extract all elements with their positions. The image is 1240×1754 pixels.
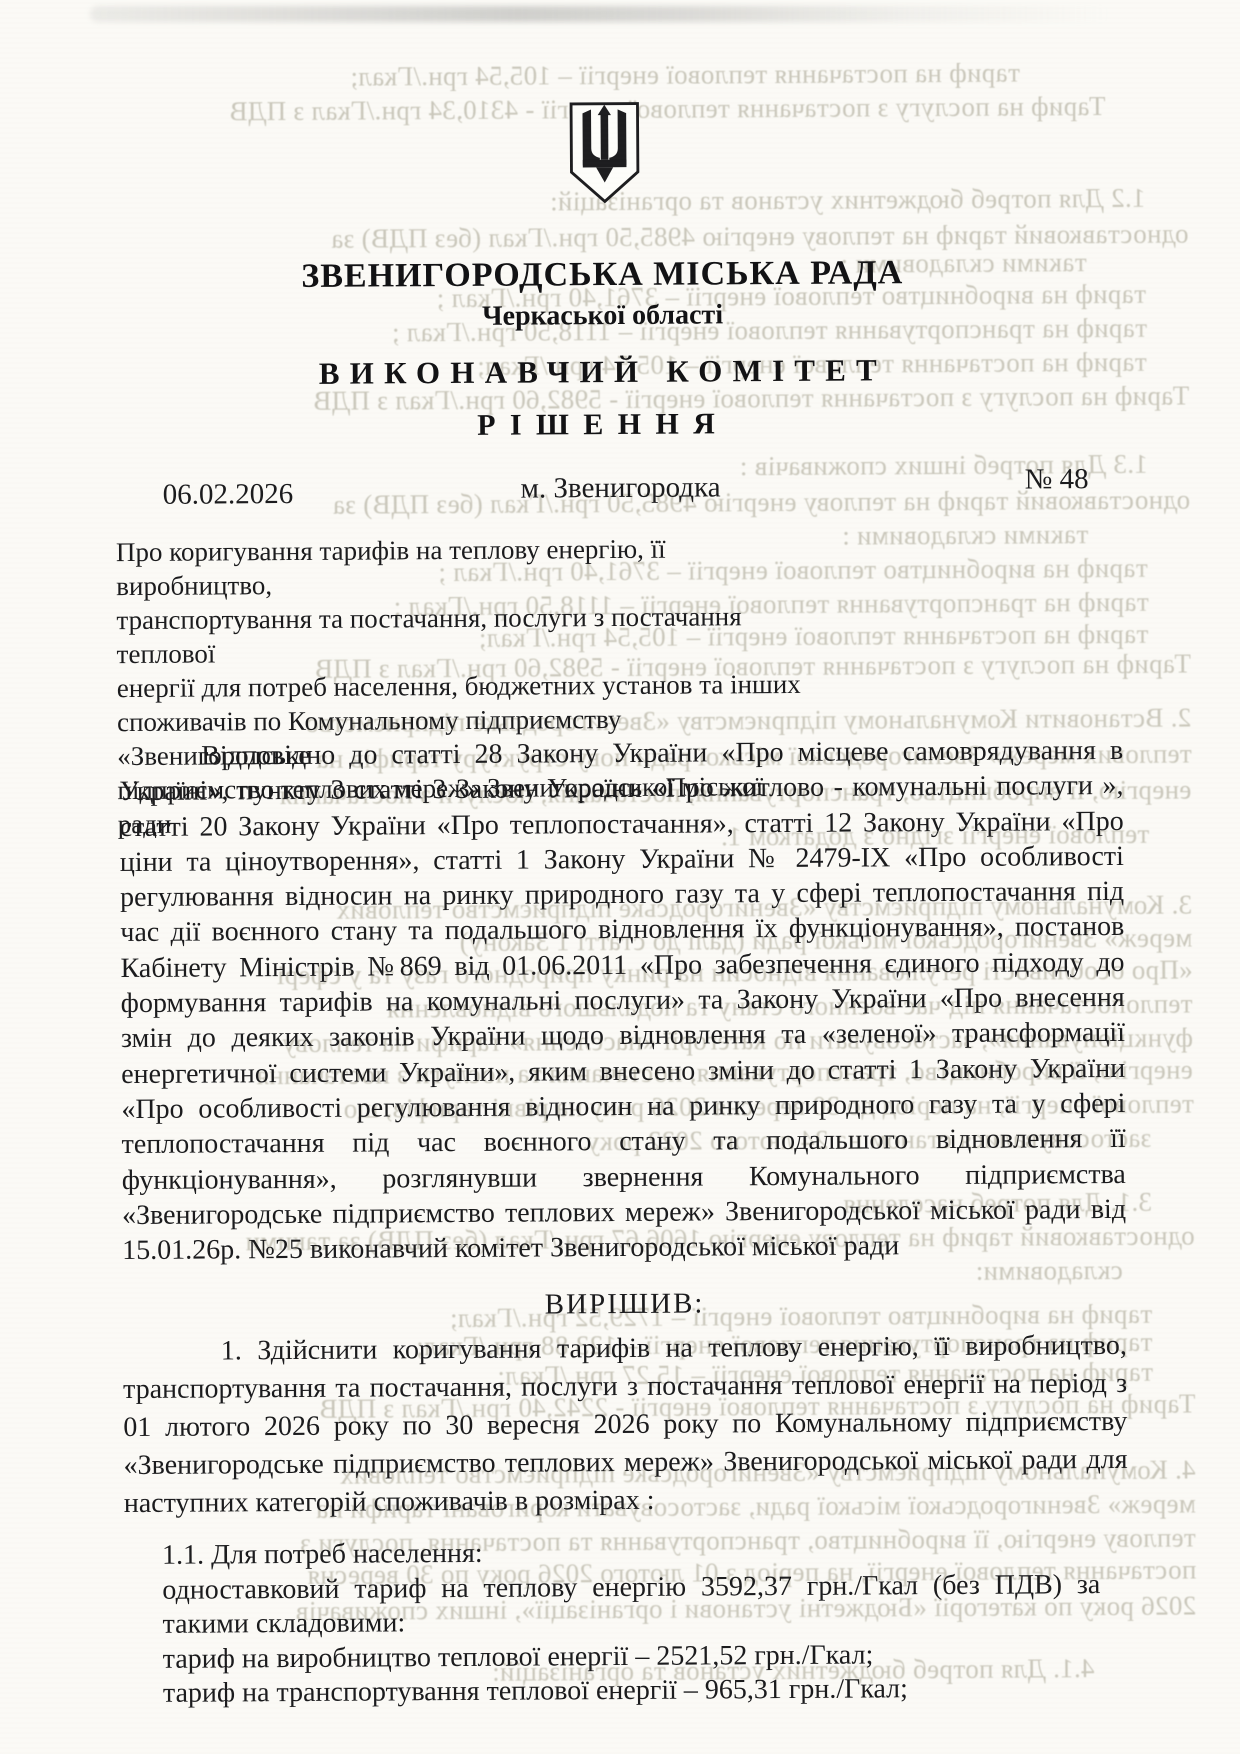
- document-type-heading: РІШЕННЯ: [0, 404, 1209, 445]
- section-1-1: 1.1. Для потреб населення: одноставковий…: [162, 1533, 1101, 1711]
- decision-date: 06.02.2026: [163, 478, 294, 512]
- item-1-paragraph: 1. Здійснити коригування тарифів на тепл…: [123, 1327, 1128, 1523]
- resolved-heading: ВИРІШИВ:: [123, 1285, 1127, 1324]
- committee-title: ВИКОНАВЧИЙ КОМІТЕТ: [0, 350, 1209, 393]
- tariff-line: тариф на транспортування теплової енергі…: [163, 1671, 1101, 1711]
- tariff-components: тариф на виробництво теплової енергії – …: [163, 1637, 1101, 1712]
- subject-line: енергії для потреб населення, бюджетних …: [117, 667, 817, 705]
- council-title: ЗВЕНИГОРОДСЬКА МІСЬКА РАДА: [0, 252, 1208, 297]
- scanned-decision-page: тариф на постачання теплової енергії – 1…: [0, 0, 1240, 1754]
- meta-row: 06.02.2026 м. Звенигородка № 48: [82, 463, 1152, 514]
- document-front: ЗВЕНИГОРОДСЬКА МІСЬКА РАДА Черкаської об…: [0, 0, 1240, 1754]
- region-subtitle: Черкаської області: [0, 296, 1209, 335]
- subject-line: Про коригування тарифів на теплову енерг…: [116, 531, 816, 603]
- section-1-1-title: 1.1. Для потреб населення:: [162, 1533, 1100, 1573]
- subject-line: транспортування та постачання, послуги з…: [116, 599, 816, 671]
- preamble-paragraph: Відповідно до статті 28 Закону України «…: [119, 733, 1126, 1269]
- coat-of-arms-icon: [567, 100, 642, 206]
- section-1-1-intro: одноставковий тариф на теплову енергію 3…: [162, 1568, 1100, 1608]
- section-1-1-intro-tail: такими складовими:: [162, 1602, 1100, 1642]
- tariff-line: тариф на виробництво теплової енергії – …: [163, 1637, 1101, 1677]
- decision-number: № 48: [1025, 463, 1089, 496]
- paper-sheet: тариф на постачання теплової енергії – 1…: [0, 0, 1240, 1754]
- decision-place: м. Звенигородка: [521, 471, 721, 505]
